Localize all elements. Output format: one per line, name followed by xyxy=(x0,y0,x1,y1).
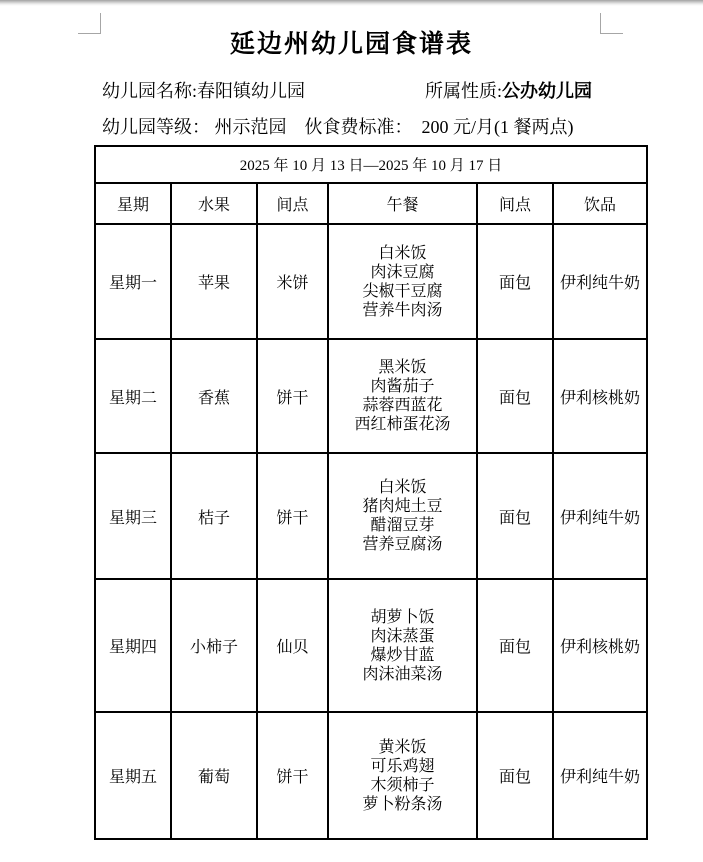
lunch-line: 营养牛肉汤 xyxy=(329,301,476,320)
col-header-drink: 饮品 xyxy=(553,183,647,224)
fruit-cell: 香蕉 xyxy=(171,339,257,453)
grade-and-fee-line: 幼儿园等级： 州示范园 伙食费标准： 200 元/月(1 餐两点) xyxy=(102,116,662,138)
fruit-cell: 葡萄 xyxy=(171,712,257,839)
snack-pm-cell: 面包 xyxy=(477,453,553,579)
lunch-line: 肉沫蒸蛋 xyxy=(329,627,476,646)
lunch-line: 白米饭 xyxy=(329,244,476,263)
ownership-type: 所属性质:公办幼儿园 xyxy=(425,80,592,102)
day-cell: 星期五 xyxy=(95,712,171,839)
table-row-wednesday: 星期三 桔子 饼干 白米饭 猪肉炖土豆 醋溜豆芽 营养豆腐汤 面包 伊利纯牛奶 xyxy=(95,453,647,579)
lunch-cell: 黄米饭 可乐鸡翅 木须柿子 萝卜粉条汤 xyxy=(328,712,477,839)
snack-pm-cell: 面包 xyxy=(477,712,553,839)
ownership-label: 所属性质: xyxy=(425,81,502,101)
page-top-edge xyxy=(0,0,703,6)
table-header-row: 星期 水果 间点 午餐 间点 饮品 xyxy=(95,183,647,224)
table-row-monday: 星期一 苹果 米饼 白米饭 肉沫豆腐 尖椒干豆腐 营养牛肉汤 面包 伊利纯牛奶 xyxy=(95,224,647,339)
ownership-value: 公办幼儿园 xyxy=(502,81,592,101)
col-header-fruit: 水果 xyxy=(171,183,257,224)
document-page: 延边州幼儿园食谱表 幼儿园名称:春阳镇幼儿园 所属性质:公办幼儿园 幼儿园等级：… xyxy=(0,0,703,862)
page-title: 延边州幼儿园食谱表 xyxy=(0,30,703,60)
drink-cell: 伊利纯牛奶 xyxy=(553,453,647,579)
table-row-thursday: 星期四 小柿子 仙贝 胡萝卜饭 肉沫蒸蛋 爆炒甘蓝 肉沫油菜汤 面包 伊利核桃奶 xyxy=(95,579,647,712)
fruit-cell: 小柿子 xyxy=(171,579,257,712)
lunch-line: 黄米饭 xyxy=(329,738,476,757)
drink-cell: 伊利纯牛奶 xyxy=(553,224,647,339)
table-row-date: 2025 年 10 月 13 日—2025 年 10 月 17 日 xyxy=(95,146,647,183)
menu-table: 2025 年 10 月 13 日—2025 年 10 月 17 日 星期 水果 … xyxy=(94,145,648,840)
lunch-line: 肉酱茄子 xyxy=(329,377,476,396)
snack-am-cell: 饼干 xyxy=(257,339,328,453)
lunch-cell: 白米饭 猪肉炖土豆 醋溜豆芽 营养豆腐汤 xyxy=(328,453,477,579)
lunch-line: 营养豆腐汤 xyxy=(329,535,476,554)
col-header-snack-am: 间点 xyxy=(257,183,328,224)
kindergarten-info-line: 幼儿园名称:春阳镇幼儿园 所属性质:公办幼儿园 xyxy=(0,80,703,102)
lunch-line: 白米饭 xyxy=(329,478,476,497)
lunch-line: 木须柿子 xyxy=(329,776,476,795)
lunch-line: 爆炒甘蓝 xyxy=(329,646,476,665)
kindergarten-name: 幼儿园名称:春阳镇幼儿园 xyxy=(102,80,305,102)
snack-pm-cell: 面包 xyxy=(477,339,553,453)
snack-am-cell: 饼干 xyxy=(257,712,328,839)
lunch-line: 猪肉炖土豆 xyxy=(329,497,476,516)
snack-pm-cell: 面包 xyxy=(477,224,553,339)
lunch-line: 西红柿蛋花汤 xyxy=(329,415,476,434)
lunch-line: 黑米饭 xyxy=(329,358,476,377)
lunch-line: 肉沫油菜汤 xyxy=(329,665,476,684)
lunch-cell: 胡萝卜饭 肉沫蒸蛋 爆炒甘蓝 肉沫油菜汤 xyxy=(328,579,477,712)
lunch-line: 肉沫豆腐 xyxy=(329,263,476,282)
lunch-line: 蒜蓉西蓝花 xyxy=(329,396,476,415)
day-cell: 星期三 xyxy=(95,453,171,579)
day-cell: 星期四 xyxy=(95,579,171,712)
lunch-line: 萝卜粉条汤 xyxy=(329,795,476,814)
lunch-line: 可乐鸡翅 xyxy=(329,757,476,776)
drink-cell: 伊利核桃奶 xyxy=(553,339,647,453)
lunch-line: 醋溜豆芽 xyxy=(329,516,476,535)
lunch-line: 胡萝卜饭 xyxy=(329,608,476,627)
lunch-cell: 黑米饭 肉酱茄子 蒜蓉西蓝花 西红柿蛋花汤 xyxy=(328,339,477,453)
drink-cell: 伊利纯牛奶 xyxy=(553,712,647,839)
snack-pm-cell: 面包 xyxy=(477,579,553,712)
table-row-tuesday: 星期二 香蕉 饼干 黑米饭 肉酱茄子 蒜蓉西蓝花 西红柿蛋花汤 面包 伊利核桃奶 xyxy=(95,339,647,453)
day-cell: 星期二 xyxy=(95,339,171,453)
snack-am-cell: 米饼 xyxy=(257,224,328,339)
snack-am-cell: 仙贝 xyxy=(257,579,328,712)
fruit-cell: 苹果 xyxy=(171,224,257,339)
col-header-lunch: 午餐 xyxy=(328,183,477,224)
table-row-friday: 星期五 葡萄 饼干 黄米饭 可乐鸡翅 木须柿子 萝卜粉条汤 面包 伊利纯牛奶 xyxy=(95,712,647,839)
drink-cell: 伊利核桃奶 xyxy=(553,579,647,712)
fruit-cell: 桔子 xyxy=(171,453,257,579)
snack-am-cell: 饼干 xyxy=(257,453,328,579)
lunch-line: 尖椒干豆腐 xyxy=(329,282,476,301)
day-cell: 星期一 xyxy=(95,224,171,339)
col-header-day: 星期 xyxy=(95,183,171,224)
col-header-snack-pm: 间点 xyxy=(477,183,553,224)
date-range-cell: 2025 年 10 月 13 日—2025 年 10 月 17 日 xyxy=(95,146,647,183)
lunch-cell: 白米饭 肉沫豆腐 尖椒干豆腐 营养牛肉汤 xyxy=(328,224,477,339)
